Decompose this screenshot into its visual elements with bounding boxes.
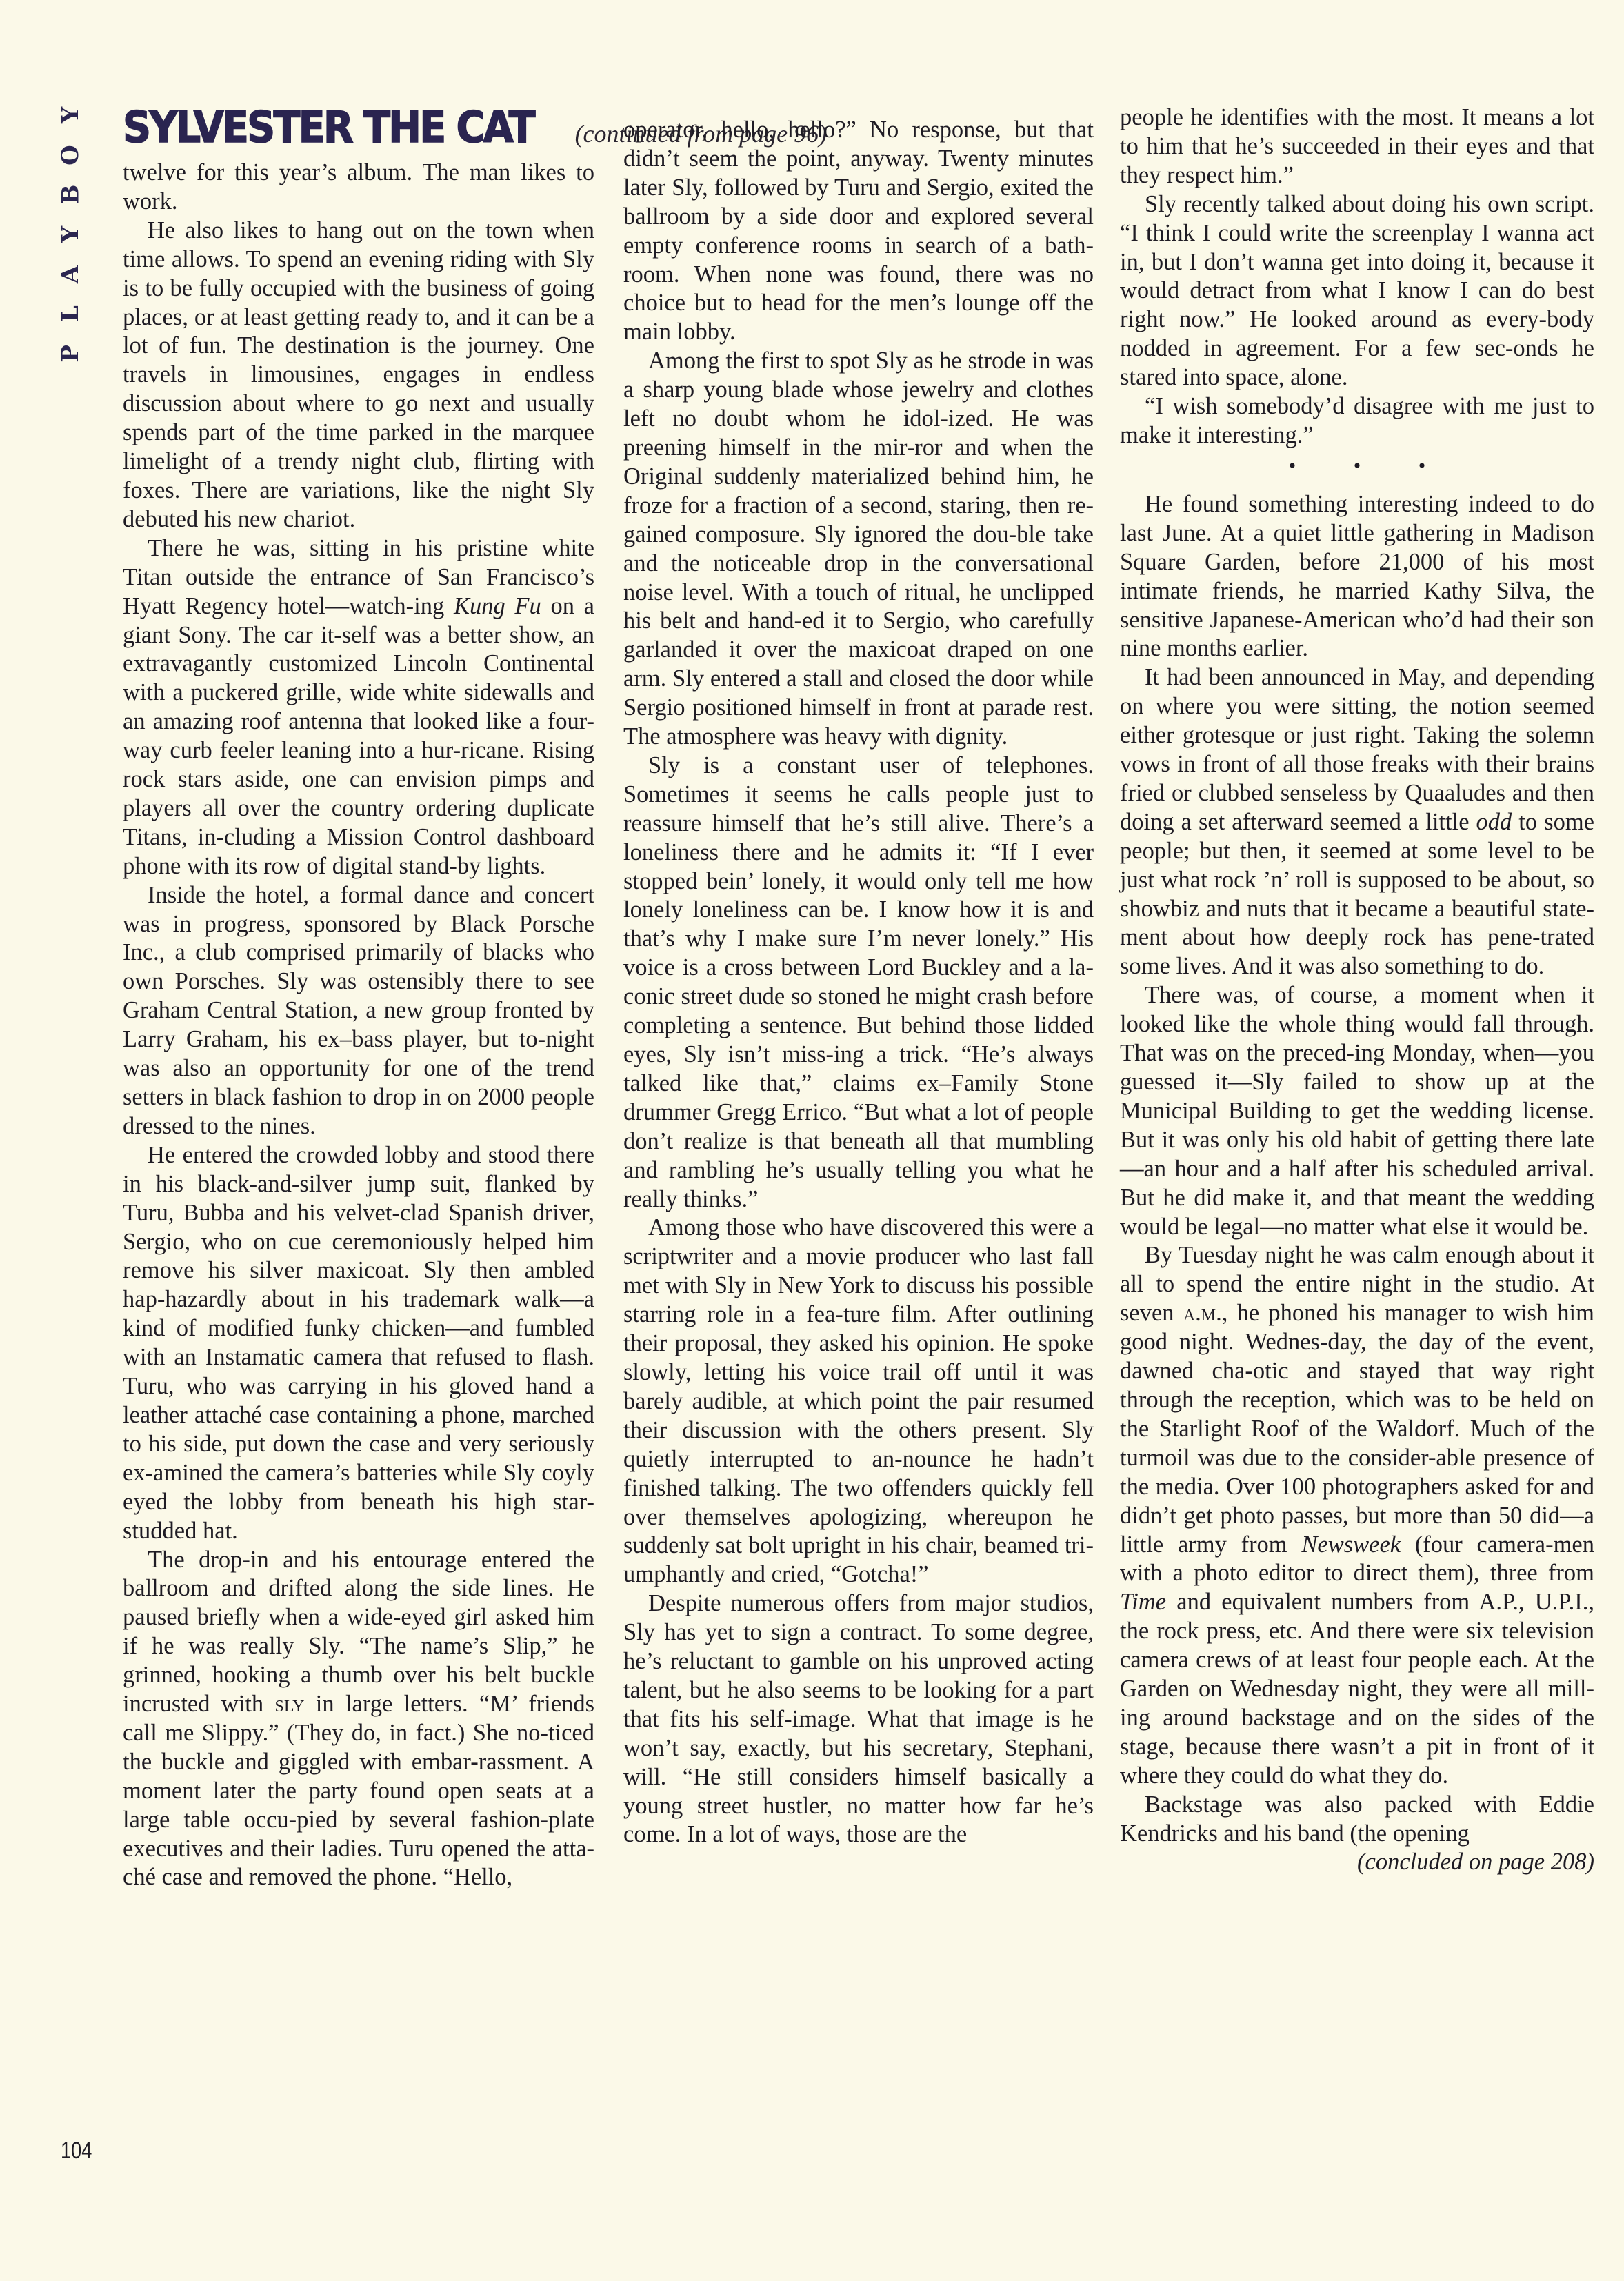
paragraph: Despite numerous offers from major studi… bbox=[623, 1589, 1094, 1849]
text-run: in large letters. “M’ friends call me Sl… bbox=[123, 1691, 594, 1890]
paragraph: Among those who have discovered this wer… bbox=[623, 1214, 1094, 1589]
text-run: and equivalent numbers from A.P., U.P.I.… bbox=[1120, 1589, 1594, 1788]
playboy-masthead-vertical: P L A Y B O Y bbox=[50, 103, 91, 365]
text-run: , he phoned his manager to wish him good… bbox=[1120, 1300, 1594, 1557]
italic-newsweek: Newsweek bbox=[1301, 1531, 1401, 1558]
paragraph: Sly is a constant user of telephones. So… bbox=[623, 752, 1094, 1214]
italic-title-kung-fu: Kung Fu bbox=[454, 593, 541, 619]
paragraph: twelve for this year’s album. The man li… bbox=[123, 159, 594, 217]
masthead-letter: P bbox=[59, 345, 82, 363]
page-number: 104 bbox=[61, 2138, 92, 2164]
paragraph: operator, hello, hello?” No response, bu… bbox=[623, 116, 1094, 347]
masthead-letter: A bbox=[59, 265, 82, 283]
paragraph: Inside the hotel, a formal dance and con… bbox=[123, 881, 594, 1141]
masthead-letter: Y bbox=[59, 107, 82, 123]
paragraph: “I wish somebody’d disagree with me just… bbox=[1120, 392, 1594, 450]
paragraph: There was, of course, a moment when it l… bbox=[1120, 981, 1594, 1241]
paragraph: Among the first to spot Sly as he strode… bbox=[623, 347, 1094, 752]
paragraph: Sly recently talked about doing his own … bbox=[1120, 190, 1594, 392]
paragraph: It had been announced in May, and depend… bbox=[1120, 663, 1594, 981]
paragraph: He also likes to hang out on the town wh… bbox=[123, 217, 594, 534]
paragraph: By Tuesday night he was calm enough abou… bbox=[1120, 1241, 1594, 1790]
masthead-letter: L bbox=[59, 305, 82, 322]
article-title: SYLVESTER THE CAT bbox=[123, 103, 534, 152]
article-column-3: people he identifies with the most. It m… bbox=[1120, 103, 1594, 1877]
article-column-2: operator, hello, hello?” No response, bu… bbox=[623, 116, 1094, 1849]
masthead-letter: O bbox=[59, 145, 82, 165]
small-caps-am: a.m. bbox=[1183, 1300, 1222, 1326]
italic-time: Time bbox=[1120, 1589, 1166, 1615]
paragraph: There he was, sitting in his pristine wh… bbox=[123, 534, 594, 881]
small-caps-sly: sly bbox=[275, 1691, 305, 1717]
masthead-letter: Y bbox=[59, 226, 82, 243]
masthead-letter: B bbox=[59, 185, 82, 205]
section-break-dots: • • • bbox=[1120, 452, 1594, 481]
paragraph: He entered the crowded lobby and stood t… bbox=[123, 1141, 594, 1546]
italic-odd: odd bbox=[1476, 809, 1512, 835]
article-column-1: twelve for this year’s album. The man li… bbox=[123, 159, 594, 1892]
concluded-on-note: (concluded on page 208) bbox=[1120, 1848, 1594, 1877]
paragraph: Backstage was also packed with Eddie Ken… bbox=[1120, 1791, 1594, 1849]
paragraph: people he identifies with the most. It m… bbox=[1120, 103, 1594, 190]
text-run: on a giant Sony. The car it-self was a b… bbox=[123, 593, 594, 879]
paragraph: He found something interesting indeed to… bbox=[1120, 490, 1594, 663]
paragraph: The drop-in and his entourage entered th… bbox=[123, 1546, 594, 1893]
